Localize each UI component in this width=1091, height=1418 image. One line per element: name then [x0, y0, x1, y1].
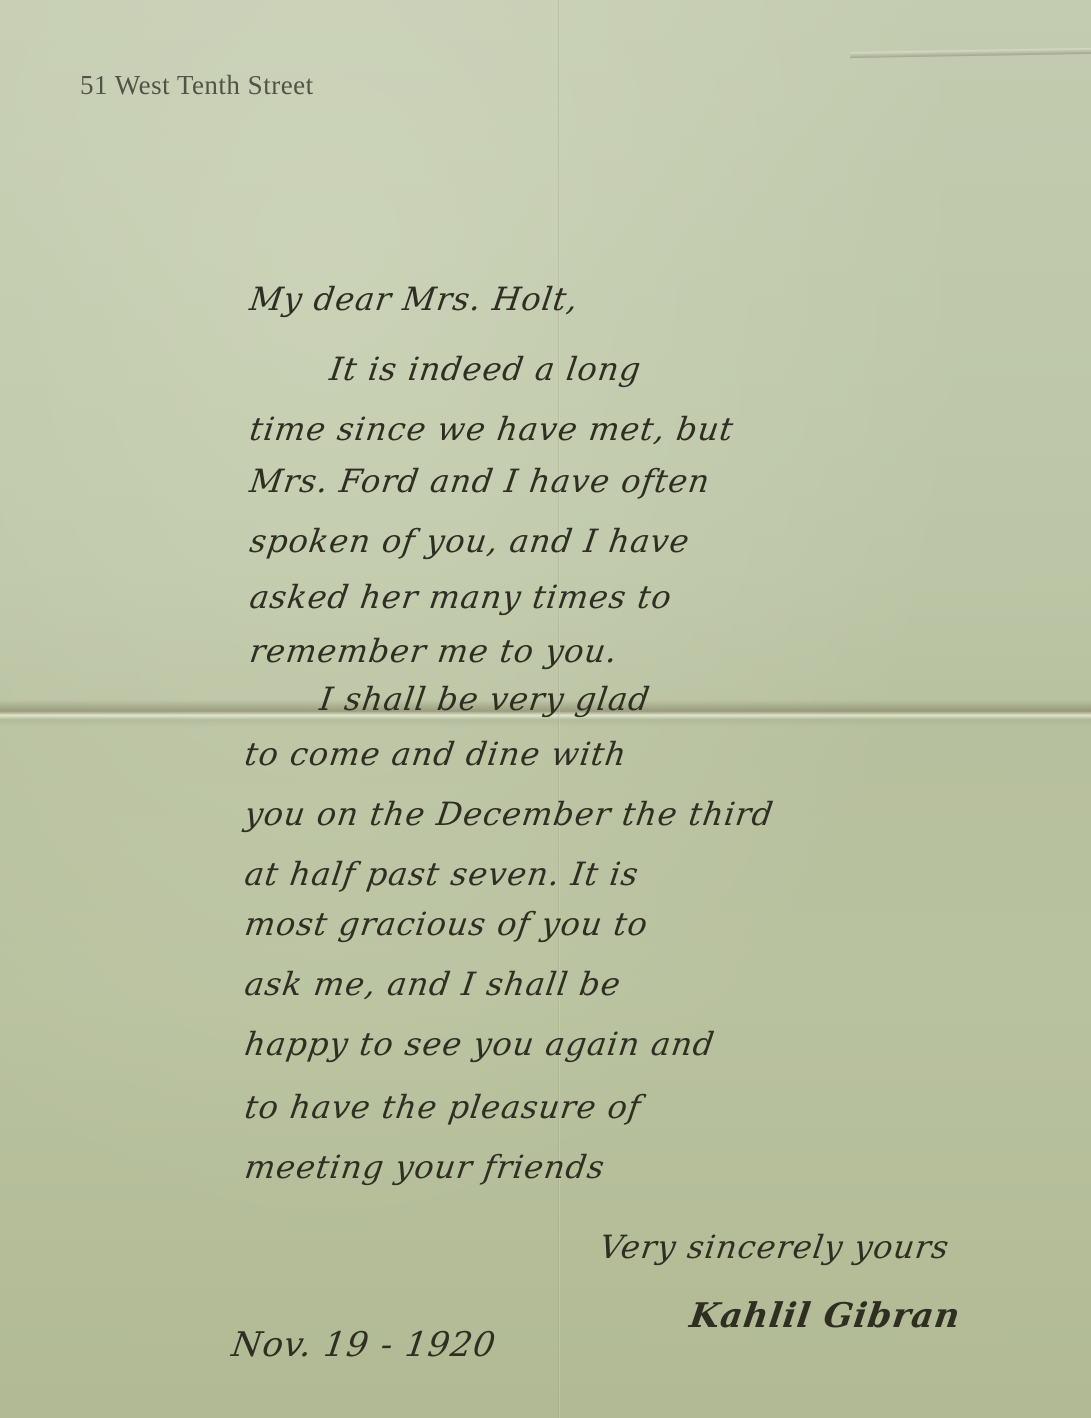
letter-date: Nov. 19 - 1920	[229, 1325, 499, 1365]
letter-line: to have the pleasure of	[242, 1088, 643, 1126]
letter-line: I shall be very glad	[317, 680, 652, 718]
corner-fold-crease	[850, 48, 1091, 58]
letter-line: It is indeed a long	[327, 350, 644, 388]
signature: Kahlil Gibran	[687, 1296, 963, 1336]
letter-line: spoken of you, and I have	[247, 522, 692, 560]
letter-line: asked her many times to	[247, 578, 674, 616]
letter-line: happy to see you again and	[242, 1025, 717, 1063]
salutation: My dear Mrs. Holt,	[247, 280, 581, 318]
letter-line: time since we have met, but	[247, 410, 736, 448]
letter-line: to come and dine with	[242, 735, 629, 773]
closing: Very sincerely yours	[597, 1228, 952, 1266]
letter-line: Mrs. Ford and I have often	[247, 462, 712, 500]
letterhead-address: 51 West Tenth Street	[80, 70, 314, 101]
letter-line: you on the December the third	[242, 795, 776, 833]
letter-line: remember me to you.	[247, 632, 620, 670]
letter-line: ask me, and I shall be	[242, 965, 623, 1003]
letter-line: meeting your friends	[242, 1148, 607, 1186]
letter-line: at half past seven. It is	[242, 855, 641, 893]
letter-page: 51 West Tenth Street My dear Mrs. Holt, …	[0, 0, 1091, 1418]
letter-line: most gracious of you to	[242, 905, 650, 943]
